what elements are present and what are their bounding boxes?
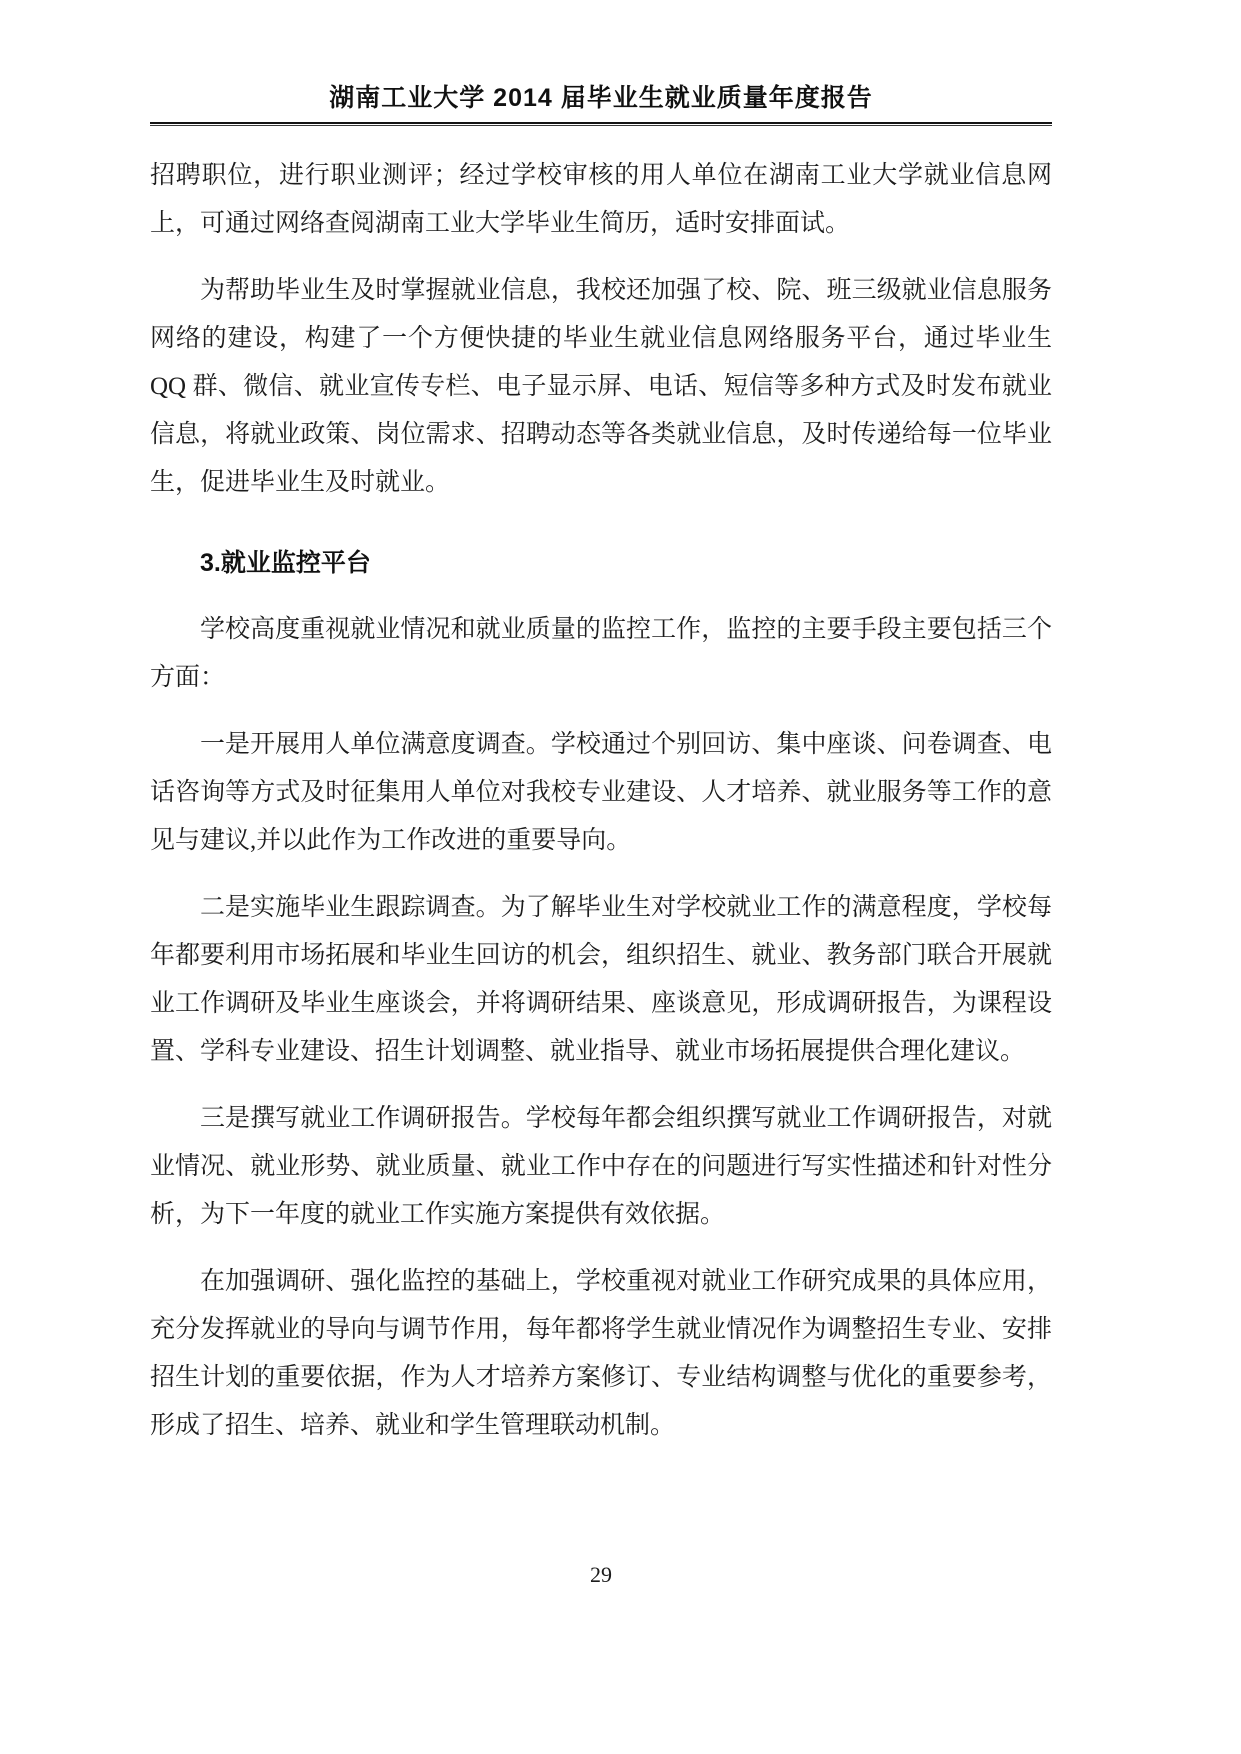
paragraph-monitoring-overview: 学校高度重视就业情况和就业质量的监控工作，监控的主要手段主要包括三个方面： (150, 606, 1052, 702)
page-header-title: 湖南工业大学 2014 届毕业生就业质量年度报告 (150, 80, 1052, 116)
paragraph-research-report: 三是撰写就业工作调研报告。学校每年都会组织撰写就业工作调研报告，对就业情况、就业… (150, 1095, 1052, 1239)
paragraph-recruitment-info: 招聘职位，进行职业测评；经过学校审核的用人单位在湖南工业大学就业信息网上，可通过… (150, 152, 1052, 248)
document-page: 湖南工业大学 2014 届毕业生就业质量年度报告 招聘职位，进行职业测评；经过学… (0, 0, 1241, 1754)
paragraph-employer-satisfaction-survey: 一是开展用人单位满意度调查。学校通过个别回访、集中座谈、问卷调查、电话咨询等方式… (150, 721, 1052, 865)
paragraph-application-of-results: 在加强调研、强化监控的基础上，学校重视对就业工作研究成果的具体应用，充分发挥就业… (150, 1258, 1052, 1450)
page-number: 29 (150, 1560, 1052, 1590)
paragraph-graduate-tracking-survey: 二是实施毕业生跟踪调查。为了解毕业生对学校就业工作的满意程度，学校每年都要利用市… (150, 884, 1052, 1076)
header-rule (150, 122, 1052, 126)
document-body: 招聘职位，进行职业测评；经过学校审核的用人单位在湖南工业大学就业信息网上，可通过… (150, 152, 1052, 1450)
paragraph-info-network: 为帮助毕业生及时掌握就业信息，我校还加强了校、院、班三级就业信息服务网络的建设，… (150, 267, 1052, 507)
section-heading-monitoring-platform: 3.就业监控平台 (150, 539, 1052, 587)
